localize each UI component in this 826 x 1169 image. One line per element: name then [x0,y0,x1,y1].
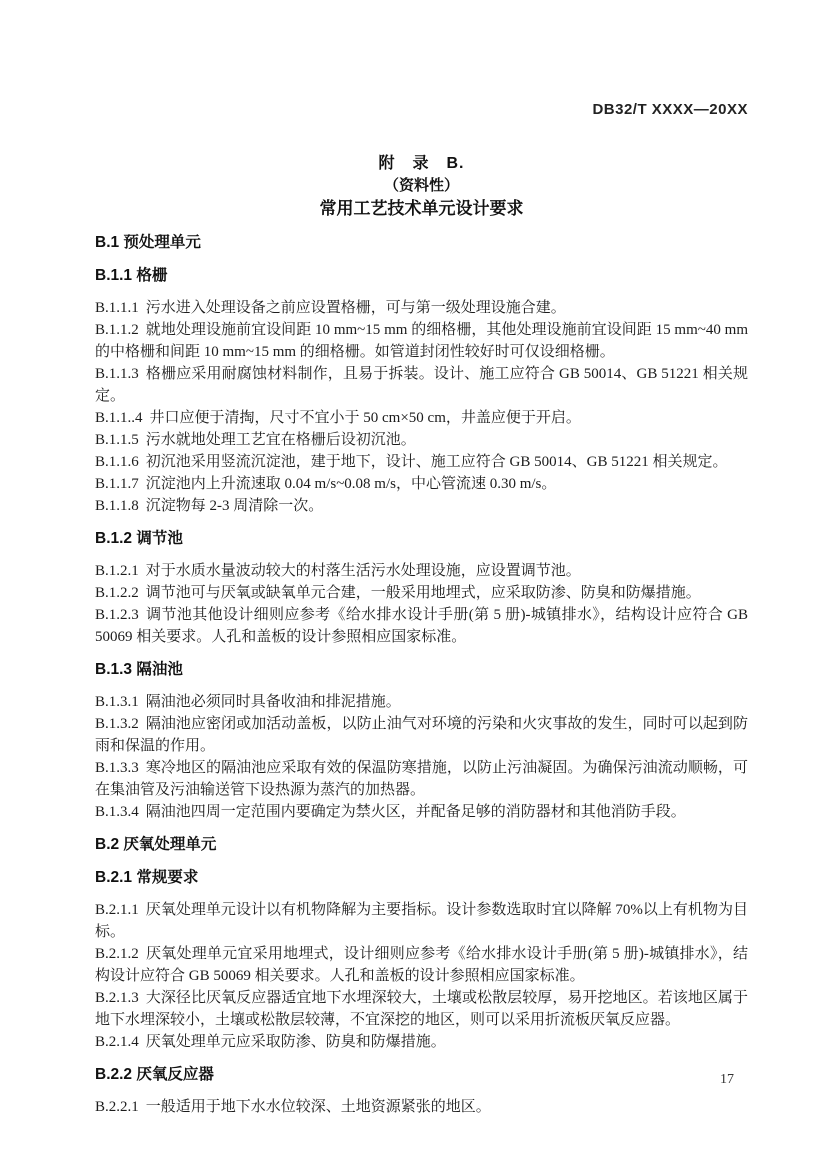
clause-B-1-1-7: B.1.1.7沉淀池内上升流速取 0.04 m/s~0.08 m/s，中心管流速… [95,473,748,495]
clause-number: B.1.1.3 [95,366,139,382]
heading-B-1-3: B.1.3 隔油池 [95,659,748,681]
heading-B-1-2: B.1.2 调节池 [95,528,748,550]
clause-number: B.1.1.8 [95,498,139,514]
clause-text: 隔油池应密闭或加活动盖板，以防止油气对环境的污染和火灾事故的发生，同时可以起到防… [95,716,748,754]
heading-B-1: B.1 预处理单元 [95,232,748,254]
document-content: 附 录 B. （资料性） 常用工艺技术单元设计要求 B.1 预处理单元 B.1.… [95,152,748,1118]
clause-number: B.2.2.1 [95,1099,139,1115]
clause-number: B.2.1.2 [95,946,139,962]
clause-number: B.1.1.6 [95,454,139,470]
clause-B-1-1-8: B.1.1.8沉淀物每 2-3 周清除一次。 [95,495,748,517]
clause-number: B.1.1.7 [95,476,139,492]
document-page: DB32/T XXXX—20XX 附 录 B. （资料性） 常用工艺技术单元设计… [0,0,826,1169]
clause-B-2-1-1: B.2.1.1厌氧处理单元设计以有机物降解为主要指标。设计参数选取时宜以降解 7… [95,899,748,943]
appendix-title-block: 附 录 B. （资料性） 常用工艺技术单元设计要求 [95,152,748,220]
clause-number: B.2.1.4 [95,1034,139,1050]
clause-number: B.1.1..4 [95,410,143,426]
clause-text: 隔油池必须同时具备收油和排泥措施。 [146,694,401,710]
clause-B-2-1-4: B.2.1.4厌氧处理单元应采取防渗、防臭和防爆措施。 [95,1031,748,1053]
clause-text: 一般适用于地下水水位较深、土地资源紧张的地区。 [146,1099,491,1115]
clause-B-2-1-2: B.2.1.2厌氧处理单元宜采用地埋式，设计细则应参考《给水排水设计手册(第 5… [95,943,748,987]
heading-B-1-1: B.1.1 格栅 [95,265,748,287]
clause-number: B.1.3.1 [95,694,139,710]
clause-B-1-3-2: B.1.3.2隔油池应密闭或加活动盖板，以防止油气对环境的污染和火灾事故的发生，… [95,713,748,757]
clause-B-1-2-1: B.1.2.1对于水质水量波动较大的村落生活污水处理设施，应设置调节池。 [95,560,748,582]
clause-text: 寒冷地区的隔油池应采取有效的保温防寒措施，以防止污油凝固。为确保污油流动顺畅，可… [95,760,748,798]
heading-B-2-1: B.2.1 常规要求 [95,867,748,889]
clause-B-1-3-3: B.1.3.3寒冷地区的隔油池应采取有效的保温防寒措施，以防止污油凝固。为确保污… [95,757,748,801]
clause-text: 沉淀物每 2-3 周清除一次。 [146,498,324,514]
clause-text: 就地处理设施前宜设间距 10 mm~15 mm 的细格栅，其他处理设施前宜设间距… [95,322,748,360]
clause-B-1-3-1: B.1.3.1隔油池必须同时具备收油和排泥措施。 [95,691,748,713]
clause-B-1-3-4: B.1.3.4隔油池四周一定范围内要确定为禁火区，并配备足够的消防器材和其他消防… [95,801,748,823]
clause-text: 沉淀池内上升流速取 0.04 m/s~0.08 m/s，中心管流速 0.30 m… [146,476,557,492]
clause-B-1-2-3: B.1.2.3调节池其他设计细则应参考《给水排水设计手册(第 5 册)-城镇排水… [95,604,748,648]
clause-B-2-2-1: B.2.2.1一般适用于地下水水位较深、土地资源紧张的地区。 [95,1096,748,1118]
clause-number: B.1.1.1 [95,300,139,316]
heading-B-2-2: B.2.2 厌氧反应器 [95,1064,748,1086]
clause-text: 对于水质水量波动较大的村落生活污水处理设施，应设置调节池。 [146,563,581,579]
clause-B-1-2-2: B.1.2.2调节池可与厌氧或缺氧单元合建，一般采用地埋式，应采取防渗、防臭和防… [95,582,748,604]
clause-number: B.2.1.3 [95,990,139,1006]
clause-text: 厌氧处理单元宜采用地埋式，设计细则应参考《给水排水设计手册(第 5 册)-城镇排… [95,946,748,984]
clause-number: B.1.3.2 [95,716,139,732]
appendix-type: （资料性） [95,175,748,197]
clause-B-1-1-6: B.1.1.6初沉池采用竖流沉淀池，建于地下，设计、施工应符合 GB 50014… [95,451,748,473]
clause-text: 大深径比厌氧反应器适宜地下水埋深较大，土壤或松散层较厚，易开挖地区。若该地区属于… [95,990,748,1028]
clause-number: B.1.2.1 [95,563,139,579]
clause-B-2-1-3: B.2.1.3大深径比厌氧反应器适宜地下水埋深较大，土壤或松散层较厚，易开挖地区… [95,987,748,1031]
clause-text: 污水进入处理设备之前应设置格栅，可与第一级处理设施合建。 [146,300,566,316]
clause-number: B.1.2.2 [95,585,139,601]
clause-text: 初沉池采用竖流沉淀池，建于地下，设计、施工应符合 GB 50014、GB 512… [146,454,728,470]
appendix-label: 附 录 B. [95,152,748,175]
clause-B-1-1-4: B.1.1..4井口应便于清掏，尺寸不宜小于 50 cm×50 cm，井盖应便于… [95,407,748,429]
clause-B-1-1-2: B.1.1.2就地处理设施前宜设间距 10 mm~15 mm 的细格栅，其他处理… [95,319,748,363]
clause-text: 厌氧处理单元设计以有机物降解为主要指标。设计参数选取时宜以降解 70%以上有机物… [95,902,748,940]
clause-text: 污水就地处理工艺宜在格栅后设初沉池。 [146,432,416,448]
clause-text: 调节池可与厌氧或缺氧单元合建，一般采用地埋式，应采取防渗、防臭和防爆措施。 [146,585,701,601]
clause-text: 格栅应采用耐腐蚀材料制作，且易于拆装。设计、施工应符合 GB 50014、GB … [95,366,748,404]
heading-B-2: B.2 厌氧处理单元 [95,834,748,856]
clause-text: 井口应便于清掏，尺寸不宜小于 50 cm×50 cm，井盖应便于开启。 [150,410,581,426]
clause-number: B.2.1.1 [95,902,139,918]
clause-B-1-1-5: B.1.1.5污水就地处理工艺宜在格栅后设初沉池。 [95,429,748,451]
clause-number: B.1.2.3 [95,607,139,623]
standard-number-header: DB32/T XXXX—20XX [592,101,748,118]
clause-number: B.1.3.3 [95,760,139,776]
clause-B-1-1-1: B.1.1.1污水进入处理设备之前应设置格栅，可与第一级处理设施合建。 [95,297,748,319]
clause-B-1-1-3: B.1.1.3格栅应采用耐腐蚀材料制作，且易于拆装。设计、施工应符合 GB 50… [95,363,748,407]
appendix-name: 常用工艺技术单元设计要求 [95,197,748,220]
clause-text: 隔油池四周一定范围内要确定为禁火区，并配备足够的消防器材和其他消防手段。 [146,804,686,820]
clause-number: B.1.1.2 [95,322,139,338]
clause-text: 厌氧处理单元应采取防渗、防臭和防爆措施。 [146,1034,446,1050]
clause-text: 调节池其他设计细则应参考《给水排水设计手册(第 5 册)-城镇排水》，结构设计应… [95,607,748,645]
clause-number: B.1.1.5 [95,432,139,448]
page-number: 17 [720,1072,734,1088]
clause-number: B.1.3.4 [95,804,139,820]
